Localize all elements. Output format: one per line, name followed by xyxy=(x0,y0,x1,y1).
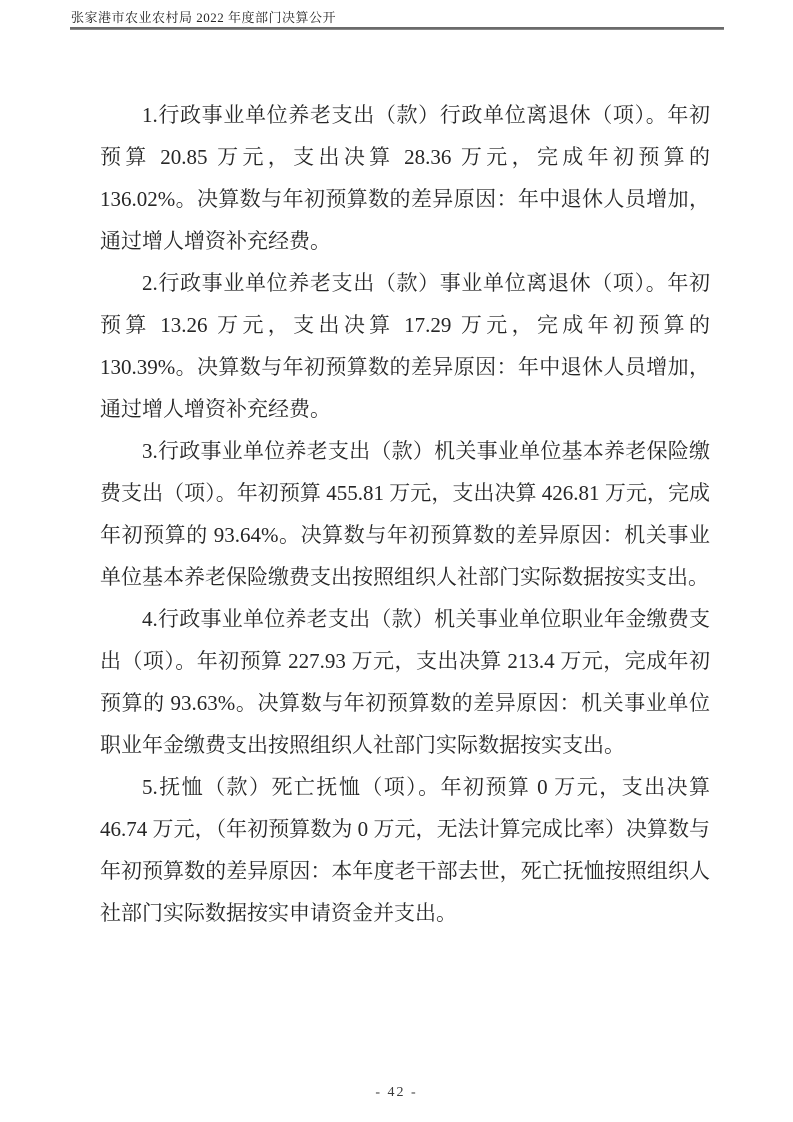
paragraph-item-1: 1.行政事业单位养老支出（款）行政单位离退休（项）。年初预算 20.85 万元，… xyxy=(100,94,710,262)
page-header: 张家港市农业农村局 2022 年度部门决算公开 xyxy=(71,10,336,26)
page-number: - 42 - xyxy=(375,1085,417,1100)
document-body: 1.行政事业单位养老支出（款）行政单位离退休（项）。年初预算 20.85 万元，… xyxy=(100,94,710,934)
page-footer: - 42 - xyxy=(0,1085,793,1101)
paragraph-item-2: 2.行政事业单位养老支出（款）事业单位离退休（项）。年初预算 13.26 万元，… xyxy=(100,262,710,430)
paragraph-item-3: 3.行政事业单位养老支出（款）机关事业单位基本养老保险缴费支出（项）。年初预算 … xyxy=(100,430,710,598)
header-divider xyxy=(70,27,724,30)
paragraph-item-4: 4.行政事业单位养老支出（款）机关事业单位职业年金缴费支出（项）。年初预算 22… xyxy=(100,598,710,766)
header-title: 张家港市农业农村局 2022 年度部门决算公开 xyxy=(71,10,336,25)
paragraph-item-5: 5.抚恤（款）死亡抚恤（项）。年初预算 0 万元，支出决算 46.74 万元，（… xyxy=(100,766,710,934)
document-page: 张家港市农业农村局 2022 年度部门决算公开 1.行政事业单位养老支出（款）行… xyxy=(0,0,793,1122)
